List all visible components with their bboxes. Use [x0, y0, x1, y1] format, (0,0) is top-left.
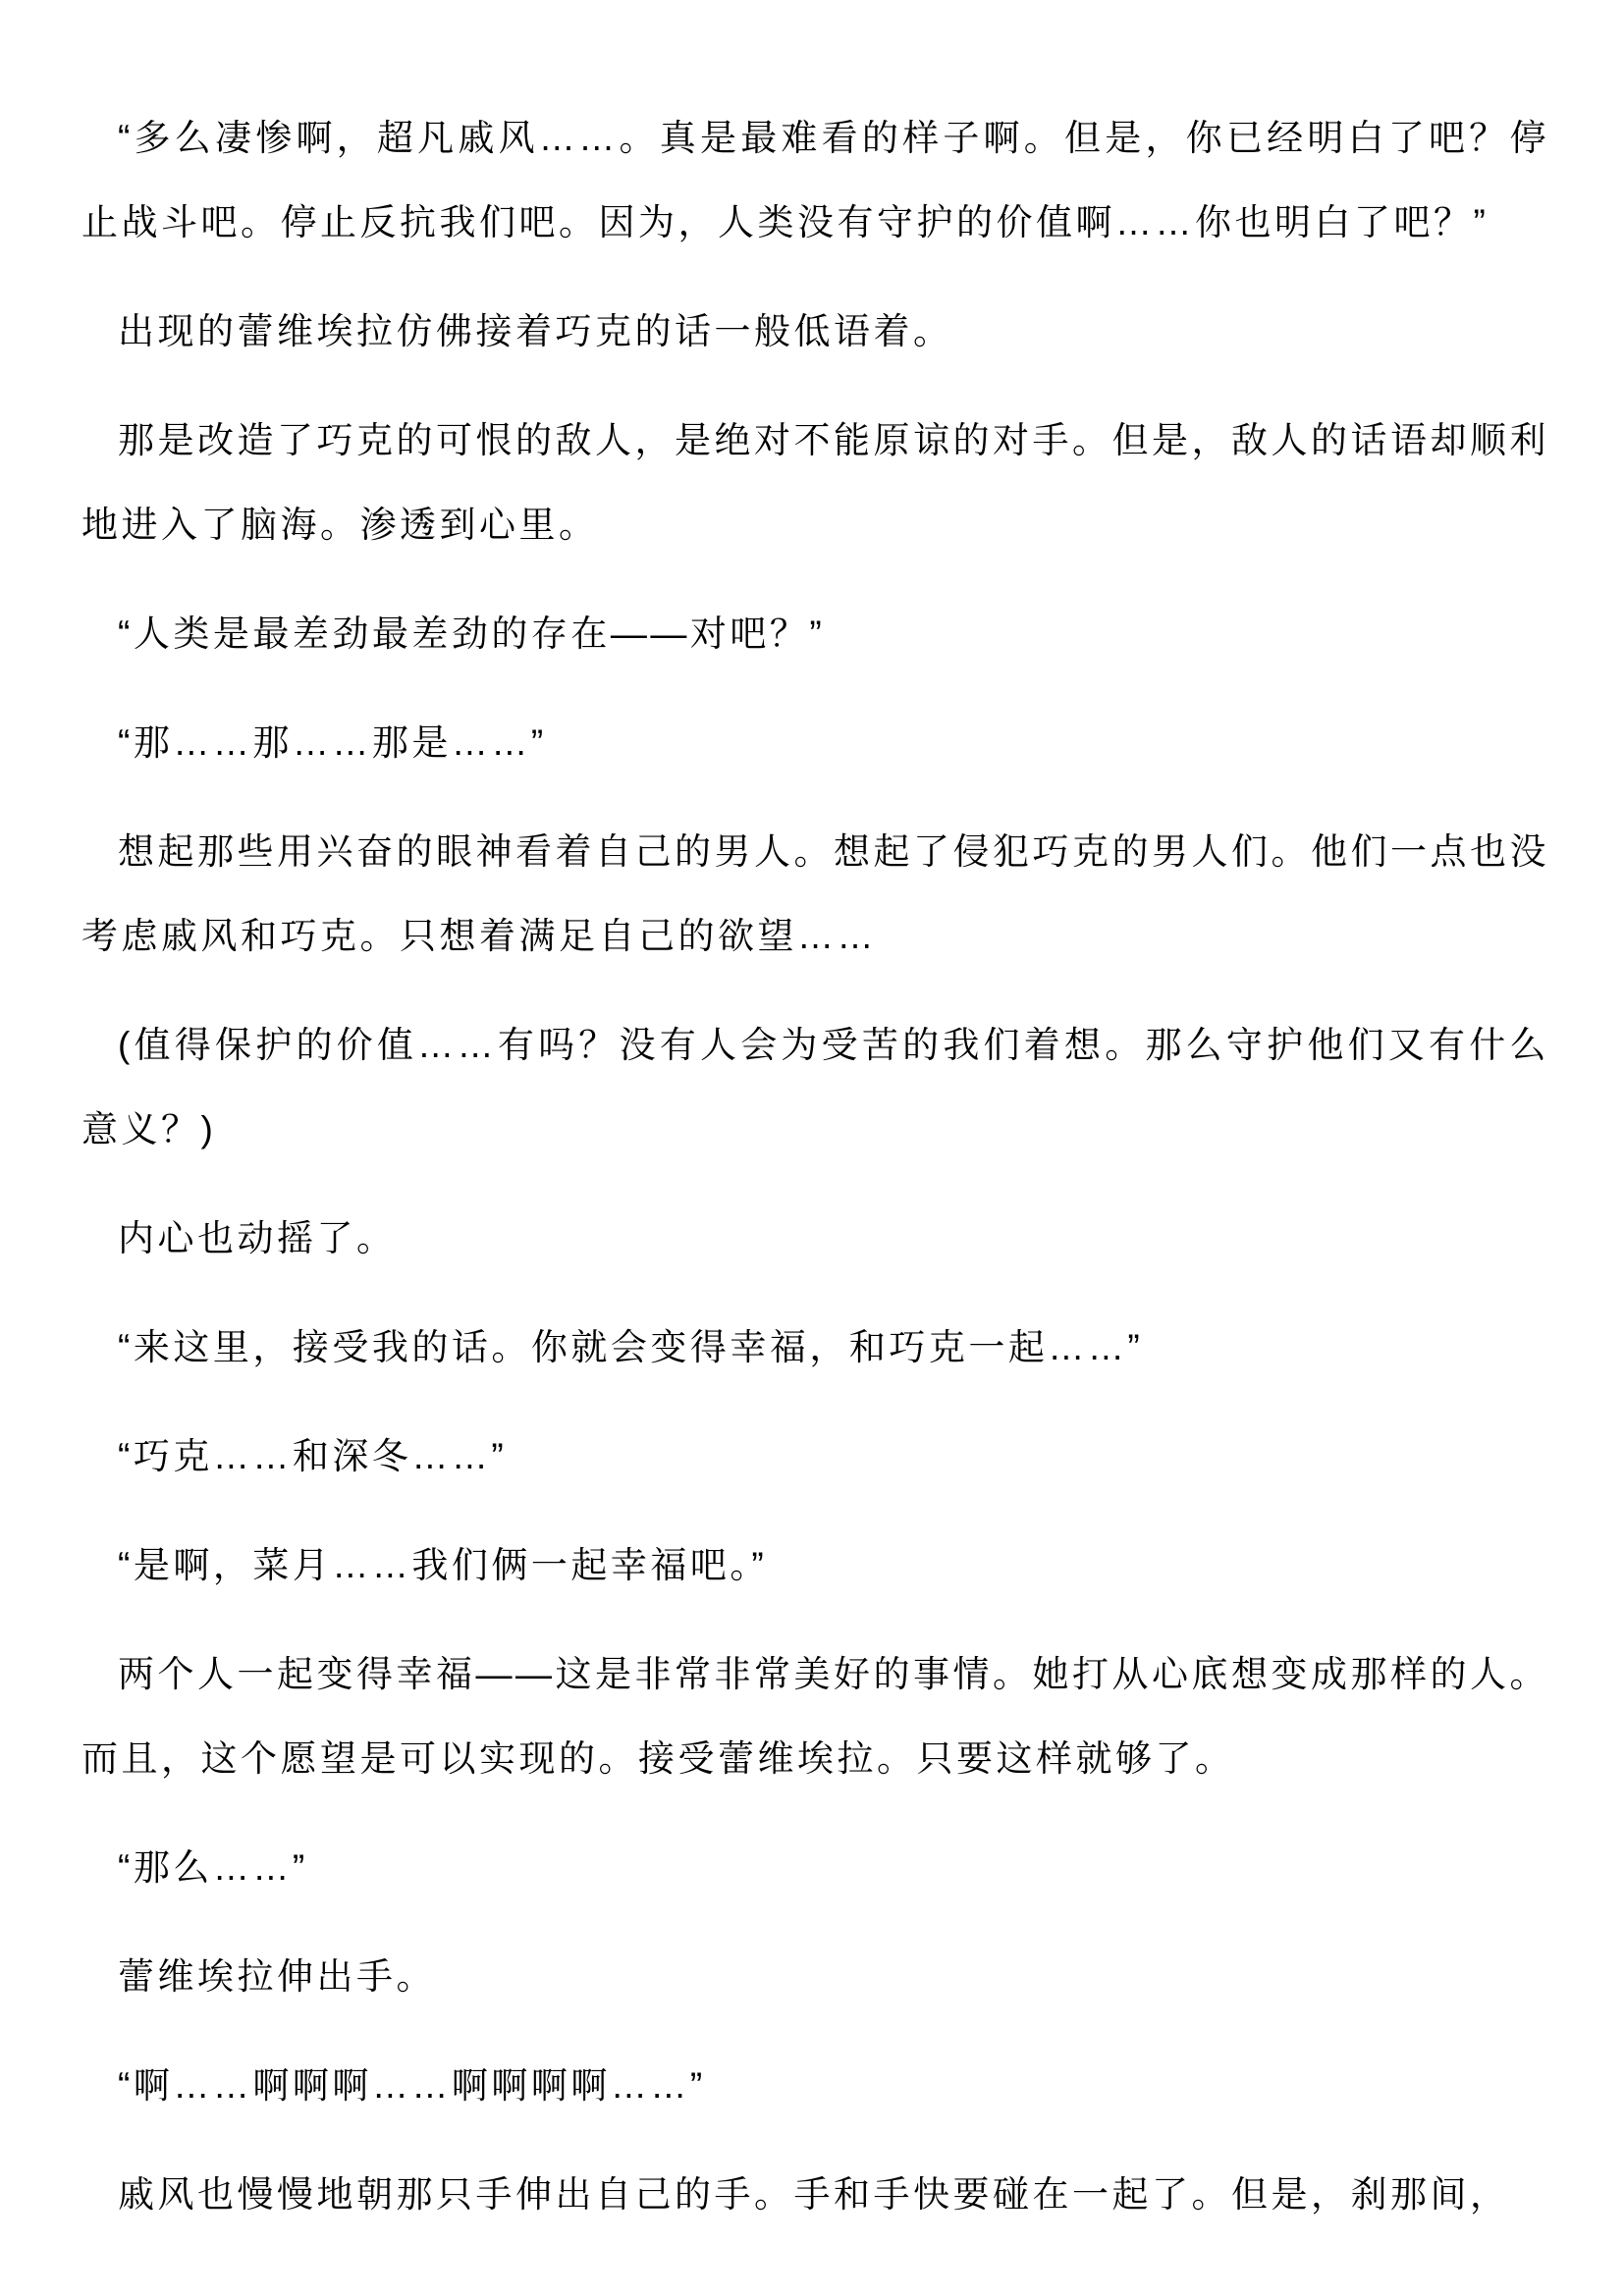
- paragraph-dialogue-6: “是啊，菜月……我们俩一起幸福吧。”: [81, 1523, 1549, 1608]
- document-page: “多么凄惨啊，超凡戚风……。真是最难看的样子啊。但是，你已经明白了吧？停止战斗吧…: [0, 0, 1624, 2296]
- paragraph-dialogue-1: “多么凄惨啊，超凡戚风……。真是最难看的样子啊。但是，你已经明白了吧？停止战斗吧…: [81, 96, 1549, 265]
- paragraph-dialogue-8: “啊……啊啊啊……啊啊啊啊……”: [81, 2044, 1549, 2128]
- paragraph-dialogue-3: “那……那……那是……”: [81, 701, 1549, 785]
- paragraph-dialogue-5: “巧克……和深冬……”: [81, 1415, 1549, 1499]
- paragraph-narration-7: 戚风也慢慢地朝那只手伸出自己的手。手和手快要碰在一起了。但是，刹那间，: [81, 2153, 1549, 2237]
- paragraph-narration-5: 两个人一起变得幸福——这是非常非常美好的事情。她打从心底想变成那样的人。而且，这…: [81, 1632, 1549, 1801]
- paragraph-dialogue-4: “来这里，接受我的话。你就会变得幸福，和巧克一起……”: [81, 1306, 1549, 1390]
- paragraph-inner-thought: (值得保护的价值……有吗？没有人会为受苦的我们着想。那么守护他们又有什么意义？): [81, 1003, 1549, 1172]
- paragraph-narration-3: 想起那些用兴奋的眼神看着自己的男人。想起了侵犯巧克的男人们。他们一点也没考虑戚风…: [81, 810, 1549, 979]
- paragraph-narration-2: 那是改造了巧克的可恨的敌人，是绝对不能原谅的对手。但是，敌人的话语却顺利地进入了…: [81, 399, 1549, 567]
- paragraph-narration-6: 蕾维埃拉伸出手。: [81, 1935, 1549, 2019]
- paragraph-narration-1: 出现的蕾维埃拉仿佛接着巧克的话一般低语着。: [81, 290, 1549, 374]
- paragraph-dialogue-7: “那么……”: [81, 1826, 1549, 1910]
- paragraph-dialogue-2: “人类是最差劲最差劲的存在——对吧？”: [81, 592, 1549, 676]
- paragraph-narration-4: 内心也动摇了。: [81, 1197, 1549, 1281]
